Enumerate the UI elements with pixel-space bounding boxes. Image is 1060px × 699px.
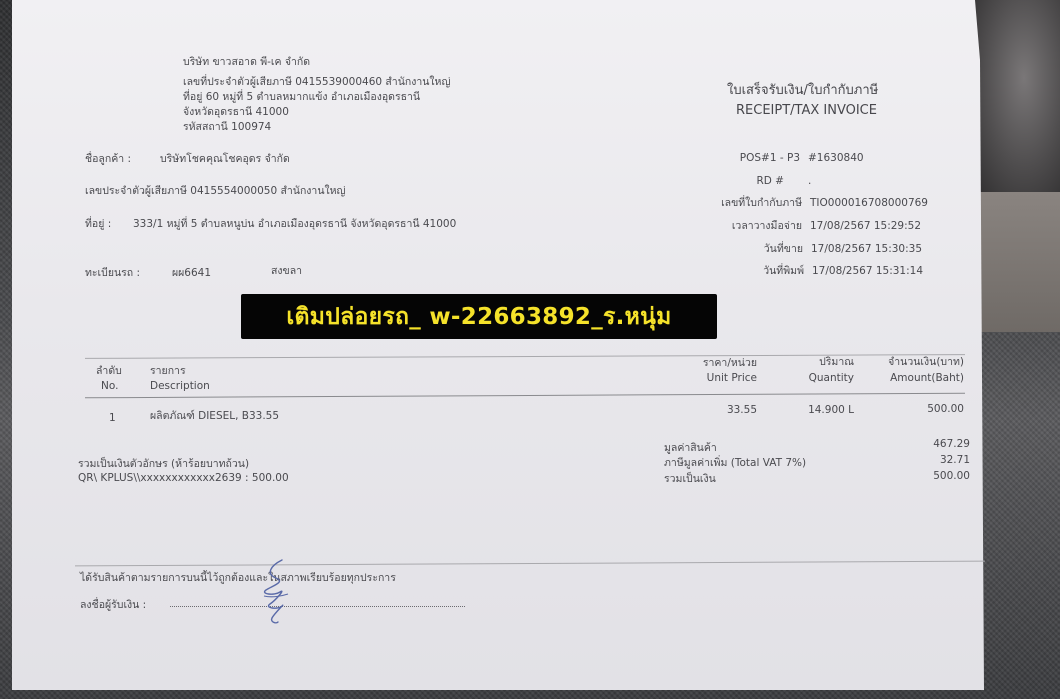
header-description-english: Description bbox=[150, 380, 210, 393]
vehicle-province: สงขลา bbox=[271, 265, 302, 278]
payment-method: QR\ KPLUS\\xxxxxxxxxxxx2639 : 500.00 bbox=[78, 472, 289, 485]
vehicle-plate-label: ทะเบียนรถ : bbox=[85, 267, 140, 280]
subtotal-value: 467.29 bbox=[880, 438, 970, 451]
rd-value: . bbox=[808, 175, 811, 188]
signature-label: ลงชื่อผู้รับเงิน : bbox=[80, 599, 146, 612]
seller-tax-id: เลขที่ประจำตัวผู้เสียภาษี 0415539000460 … bbox=[183, 76, 450, 89]
rd-label: RD # bbox=[680, 175, 784, 188]
customer-tax-id: เลขประจำตัวผู้เสียภาษี 0415554000050 สำน… bbox=[85, 185, 346, 198]
acknowledgement-text: ได้รับสินค้าตามรายการบนนี้ไว้ถูกต้องและใ… bbox=[80, 572, 396, 585]
invoice-number-label: เลขที่ใบกำกับภาษี bbox=[680, 197, 802, 210]
overlay-caption-box: เติมปล่อยรถ_ w-22663892_ร.หนุ่ม bbox=[241, 294, 717, 339]
pos-number: #1630840 bbox=[808, 152, 864, 165]
overlay-caption: เติมปล่อยรถ_ w-22663892_ร.หนุ่ม bbox=[286, 299, 671, 335]
seller-name: บริษัท ขาวสอาด พี-เค จำกัด bbox=[183, 56, 310, 69]
handover-time-label: เวลาวางมือจ่าย bbox=[680, 220, 802, 233]
header-quantity-thai: ปริมาณ bbox=[780, 356, 854, 369]
background-object bbox=[980, 192, 1060, 332]
header-unit-price-english: Unit Price bbox=[680, 372, 757, 385]
header-description-thai: รายการ bbox=[150, 365, 186, 378]
header-no-english: No. bbox=[101, 380, 118, 393]
seller-address-line2: จังหวัดอุดรธานี 41000 bbox=[183, 106, 289, 119]
grand-total-label: รวมเป็นเงิน bbox=[664, 473, 716, 486]
amount-in-words: รวมเป็นเงินตัวอักษร (ห้าร้อยบาทถ้วน) bbox=[78, 458, 249, 471]
vehicle-plate: ผผ6641 bbox=[172, 267, 211, 280]
customer-name: บริษัทโชคคุณโชคอุดร จำกัด bbox=[160, 153, 290, 166]
invoice-number: TIO000016708000769 bbox=[810, 197, 928, 210]
print-date-label: วันที่พิมพ์ bbox=[680, 265, 804, 278]
pos-label: POS#1 - P3 bbox=[680, 152, 800, 165]
row-description: ผลิตภัณฑ์ DIESEL, B33.55 bbox=[150, 410, 279, 423]
row-unit-price: 33.55 bbox=[680, 404, 757, 417]
vat-label: ภาษีมูลค่าเพิ่ม (Total VAT 7%) bbox=[664, 457, 806, 470]
signature-line bbox=[170, 598, 465, 607]
sale-date-label: วันที่ขาย bbox=[680, 243, 803, 256]
subtotal-label: มูลค่าสินค้า bbox=[664, 442, 717, 455]
grand-total-value: 500.00 bbox=[880, 470, 970, 483]
row-amount: 500.00 bbox=[860, 403, 964, 416]
header-no-thai: ลำดับ bbox=[96, 365, 122, 378]
seller-address-line1: ที่อยู่ 60 หมู่ที่ 5 ตำบลหมากแข้ง อำเภอเ… bbox=[183, 91, 420, 104]
document-title-thai: ใบเสร็จรับเงิน/ใบกำกับภาษี bbox=[727, 84, 878, 97]
header-amount-english: Amount(Baht) bbox=[860, 372, 964, 385]
vat-value: 32.71 bbox=[880, 454, 970, 467]
row-number: 1 bbox=[109, 412, 116, 425]
customer-address: 333/1 หมู่ที่ 5 ตำบลหนูบ่น อำเภอเมืองอุด… bbox=[133, 218, 456, 231]
signature-scribble-icon bbox=[252, 556, 298, 626]
customer-name-label: ชื่อลูกค้า : bbox=[85, 153, 131, 166]
handover-time: 17/08/2567 15:29:52 bbox=[810, 220, 921, 233]
header-unit-price-thai: ราคา/หน่วย bbox=[680, 357, 757, 370]
background-object bbox=[970, 0, 1060, 195]
document-title-english: RECEIPT/TAX INVOICE bbox=[736, 104, 877, 117]
seller-station-code: รหัสสถานี 100974 bbox=[183, 121, 271, 134]
print-date: 17/08/2567 15:31:14 bbox=[812, 265, 923, 278]
row-quantity: 14.900 L bbox=[770, 404, 854, 417]
header-amount-thai: จำนวนเงิน(บาท) bbox=[860, 356, 964, 369]
customer-address-label: ที่อยู่ : bbox=[85, 218, 111, 231]
header-quantity-english: Quantity bbox=[780, 372, 854, 385]
sale-date: 17/08/2567 15:30:35 bbox=[811, 243, 922, 256]
